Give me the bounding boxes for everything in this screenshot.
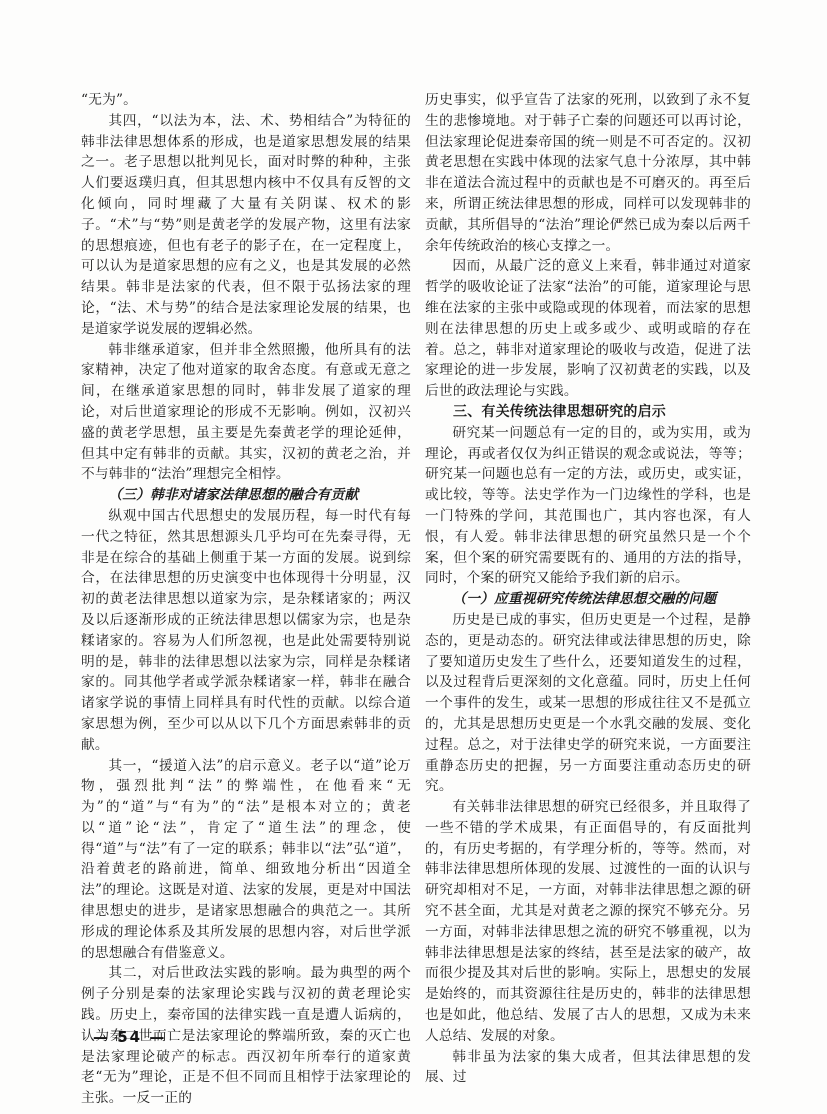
paragraph: 韩非虽为法家的集大成者，但其法律思想的发展、过 — [425, 1047, 751, 1089]
paragraph: 有关韩非法律思想的研究已经很多，并且取得了一些不错的学术成果，有正面倡导的，有反… — [425, 797, 751, 1047]
paragraph: 历史是已成的事实，但历史更是一个过程，是静态的，更是动态的。研究法律或法律思想的… — [425, 610, 751, 797]
document-page: “无为”。 其四，“以法为本，法、术、势相结合”为特征的韩非法律思想体系的形成，… — [0, 0, 827, 1114]
page-number: — 54 — — [93, 1028, 166, 1046]
left-column: “无为”。 其四，“以法为本，法、术、势相结合”为特征的韩非法律思想体系的形成，… — [81, 90, 411, 1109]
paragraph-continuation: 历史事实，似乎宣告了法家的死刑，以致到了永不复生的悲惨境地。对于韩子亡秦的问题还… — [425, 90, 751, 256]
section-heading-3: 三、有关传统法律思想研究的启示 — [425, 402, 751, 423]
right-column: 历史事实，似乎宣告了法家的死刑，以致到了永不复生的悲惨境地。对于韩子亡秦的问题还… — [425, 90, 751, 1109]
paragraph: 韩非继承道家，但并非全然照搬，他所具有的法家精神，决定了他对道家的取舍态度。有意… — [81, 340, 411, 486]
subsection-heading-1: （一）应重视研究传统法律思想交融的问题 — [425, 589, 751, 610]
paragraph: 其四，“以法为本，法、术、势相结合”为特征的韩非法律思想体系的形成，也是道家思想… — [81, 111, 411, 340]
paragraph-continuation: “无为”。 — [81, 90, 411, 111]
subsection-heading-3: （三）韩非对诸家法律思想的融合有贡献 — [81, 485, 411, 506]
paragraph: 因而，从最广泛的意义上来看，韩非通过对道家哲学的吸收论证了法家“法治”的可能，道… — [425, 256, 751, 402]
paragraph: 研究某一问题总有一定的目的，或为实用，或为理论，再或者仅仅为纠正错误的观念或说法… — [425, 423, 751, 589]
paragraph: 纵观中国古代思想史的发展历程，每一时代有每一代之特征，然其思想源头几乎均可在先秦… — [81, 506, 411, 756]
paragraph: 其一，“援道入法”的启示意义。老子以“道”论万物，强烈批判“法”的弊端性，在他看… — [81, 756, 411, 964]
text-columns: “无为”。 其四，“以法为本，法、术、势相结合”为特征的韩非法律思想体系的形成，… — [81, 90, 751, 1109]
